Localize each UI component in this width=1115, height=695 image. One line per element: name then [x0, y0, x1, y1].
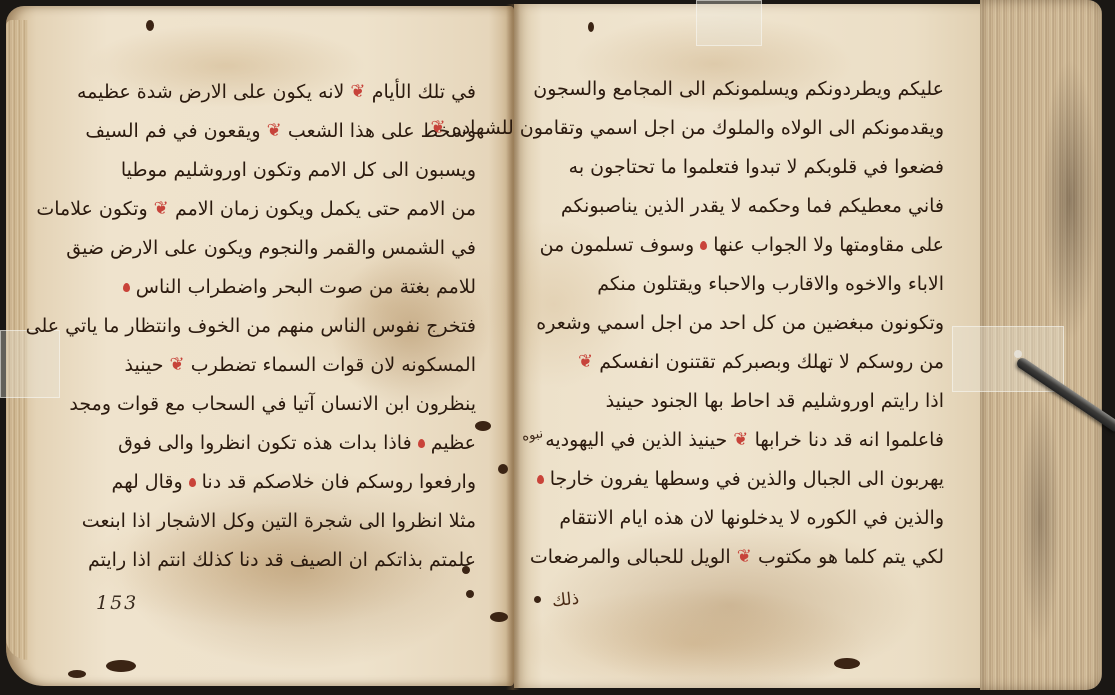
- text-line: من روسكم لا تهلك وبصبركم تقتنون انفسكم❦: [524, 343, 944, 382]
- text-line: مثلا انظروا الى شجرة التين وكل الاشجار ا…: [108, 502, 476, 541]
- text-line: في الشمس والقمر والنجوم ويكون على الارض …: [108, 229, 476, 268]
- rubric-dot-icon: [418, 439, 425, 448]
- folio-number: 153: [96, 592, 138, 614]
- rubric-marker-icon: ❦: [267, 111, 282, 150]
- text-line: وسخط على هذا الشعب❦ويقعون في فم السيف: [108, 112, 476, 151]
- worm-hole: [466, 590, 474, 598]
- worm-hole: [534, 596, 541, 603]
- left-page-text: في تلك الأيام❦لانه يكون على الارض شدة عظ…: [108, 73, 476, 580]
- rubric-marker-icon: ❦: [733, 420, 748, 459]
- text-line: فضعوا في قلوبكم لا تبدوا فتعلموا ما تحتا…: [524, 148, 944, 187]
- tool-tip: [1014, 350, 1022, 358]
- worm-hole: [498, 464, 508, 474]
- text-line: الاباء والاخوه والاقارب والاحباء ويقتلون…: [524, 265, 944, 304]
- text-line: ويسبون الى كل الامم وتكون اوروشليم موطيا: [108, 151, 476, 190]
- text-line: لكي يتم كلما هو مكتوب❦الويل للحبالى والم…: [524, 538, 944, 577]
- text-line: وتكونون مبغضين من كل احد من اجل اسمي وشع…: [524, 304, 944, 343]
- worm-hole: [834, 658, 860, 669]
- rubric-dot-icon: [700, 241, 707, 250]
- rubric-dot-icon: [537, 475, 544, 484]
- text-line: والذين في الكوره لا يدخلونها لان هذه ايا…: [524, 499, 944, 538]
- worm-hole: [490, 612, 508, 622]
- text-line: يهربون الى الجبال والذين في وسطها يفرون …: [524, 460, 944, 499]
- text-line: فاعلموا انه قد دنا خرابها❦حينيذ الذين في…: [524, 421, 944, 460]
- repair-tape-top: [696, 0, 762, 46]
- text-line: فتخرج نفوس الناس منهم من الخوف وانتظار م…: [108, 307, 476, 346]
- worm-hole: [106, 660, 136, 672]
- worm-hole: [475, 421, 491, 431]
- text-line: من الامم حتى يكمل ويكون زمان الامم❦وتكون…: [108, 190, 476, 229]
- rubric-marker-icon: ❦: [169, 345, 184, 384]
- worm-hole: [146, 20, 154, 31]
- rubric-dot-icon: [123, 283, 130, 292]
- rubric-marker-icon: ❦: [430, 108, 445, 147]
- text-line: فاني معطيكم فما وحكمه لا يقدر الذين يناص…: [524, 187, 944, 226]
- text-line: على مقاومتها ولا الجواب عنهاوسوف تسلمون …: [524, 226, 944, 265]
- text-line: علمتم بذاتكم ان الصيف قد دنا كذلك انتم ا…: [108, 541, 476, 580]
- text-line: ينظرون ابن الانسان آتيا في السحاب مع قوا…: [108, 385, 476, 424]
- text-line: عظيمفاذا بدات هذه تكون انظروا والى فوق: [108, 424, 476, 463]
- text-line: للامم بغتة من صوت البحر واضطراب الناس: [108, 268, 476, 307]
- rubric-dot-icon: [189, 478, 196, 487]
- rubric-marker-icon: ❦: [350, 72, 365, 111]
- text-line: اذا رايتم اوروشليم قد احاط بها الجنود حي…: [524, 382, 944, 421]
- worm-hole: [588, 22, 594, 32]
- worm-hole: [68, 670, 86, 678]
- book-gutter: [506, 4, 520, 690]
- text-line: ويقدمونكم الى الولاه والملوك من اجل اسمي…: [524, 109, 944, 148]
- rubric-marker-icon: ❦: [578, 342, 593, 381]
- rubric-marker-icon: ❦: [154, 189, 169, 228]
- rubric-marker-icon: ❦: [737, 537, 752, 576]
- catchword: ذلك: [551, 589, 580, 612]
- text-line: في تلك الأيام❦لانه يكون على الارض شدة عظ…: [108, 73, 476, 112]
- right-page-text: عليكم ويطردونكم ويسلمونكم الى المجامع وا…: [524, 70, 944, 577]
- text-line: المسكونه لان قوات السماء تضطرب❦حينيذ: [108, 346, 476, 385]
- text-line: عليكم ويطردونكم ويسلمونكم الى المجامع وا…: [524, 70, 944, 109]
- text-line: وارفعوا روسكم فان خلاصكم قد دناوقال لهم: [108, 463, 476, 502]
- manuscript-spread: في تلك الأيام❦لانه يكون على الارض شدة عظ…: [0, 0, 1115, 695]
